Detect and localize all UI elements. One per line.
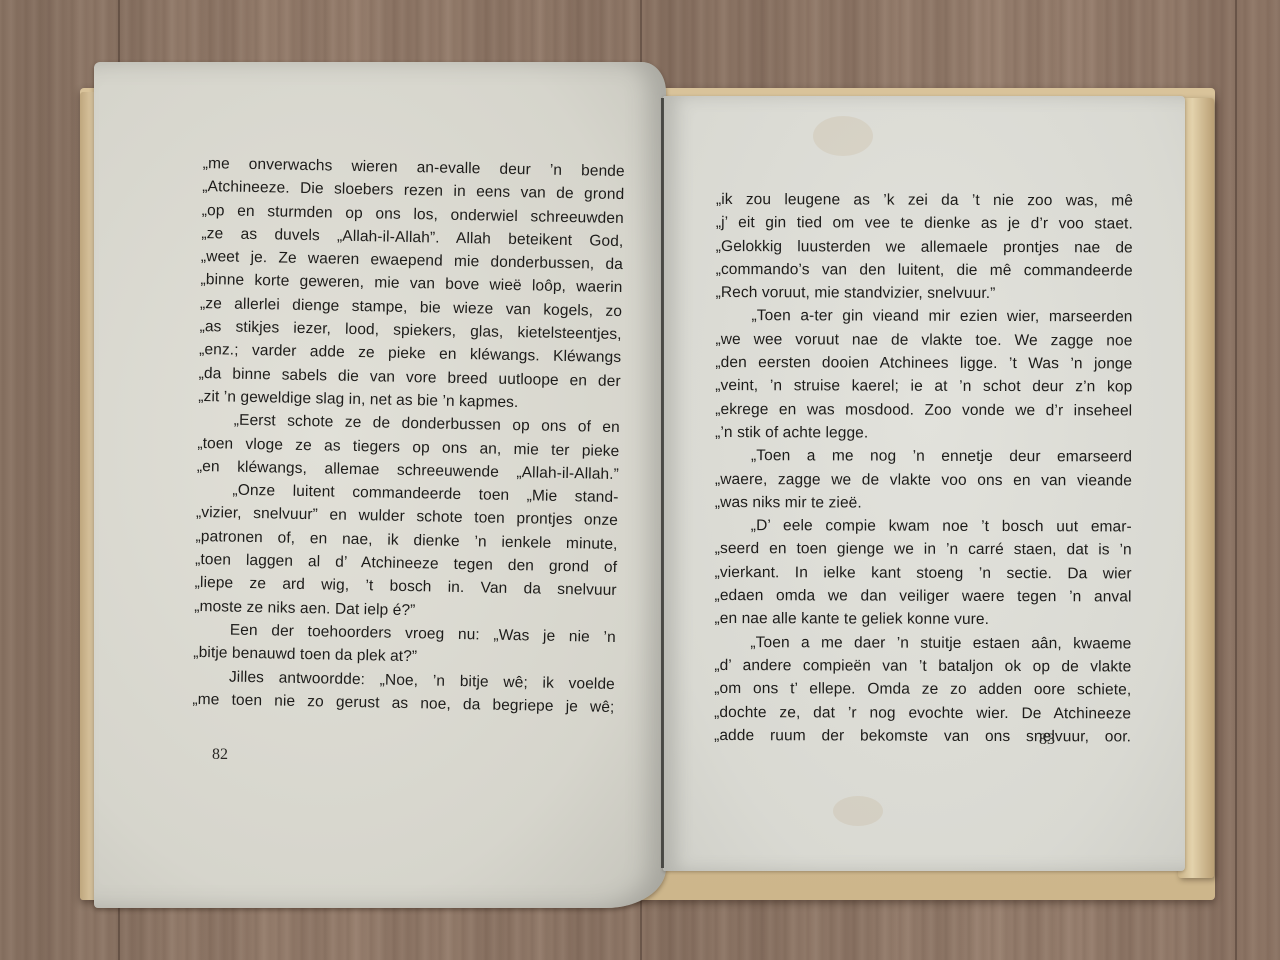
text-line: „edaen omda we dan veiliger waere tegen …: [715, 584, 1132, 609]
wood-seam: [1235, 0, 1237, 960]
left-page-number: 82: [212, 746, 228, 764]
text-line: „we wee voruut nae de vlakte toe. We zag…: [715, 328, 1132, 353]
text-line: „’n stik of achte legge.: [715, 421, 1132, 446]
text-line: „was niks mir te zieë.: [715, 491, 1132, 516]
left-page: „me onverwachs wieren an-evalle deur ’n …: [94, 62, 666, 908]
paper-stain: [813, 116, 873, 156]
text-line: „ekrege en was mosdood. Zoo vonde we d’r…: [715, 398, 1132, 423]
right-page-text: „ik zou leugene as ’k zei da ’t nie zoo …: [714, 188, 1133, 749]
text-line: „waere, zagge we de vlakte voo ons en va…: [715, 468, 1132, 493]
text-line: „j’ eit gin tied om vee te dienke as je …: [716, 211, 1133, 236]
text-line: „om ons t’ ellepe. Omda ze zo adden oore…: [714, 677, 1131, 702]
paper-stain: [833, 796, 883, 826]
text-line: „seerd en toen gienge we in ’n carré sta…: [715, 537, 1132, 562]
text-line: „dochte ze, dat ’r nog evochte wier. De …: [714, 701, 1131, 726]
text-line: „Toen a-ter gin vieand mir ezien wier, m…: [716, 304, 1133, 329]
book-gutter: [661, 98, 664, 868]
text-line: „den eersten dooien Atchinees ligge. ’t …: [715, 351, 1132, 376]
right-page: „ik zou leugene as ’k zei da ’t nie zoo …: [663, 96, 1185, 871]
left-page-text: „me onverwachs wieren an-evalle deur ’n …: [192, 152, 625, 719]
text-line: „Toen a me daer ’n stuitje estaen aân, k…: [714, 631, 1131, 656]
text-line: „Gelokkig luusterden we allemaele prontj…: [716, 235, 1133, 260]
text-line: „d’ andere compieën van ’t bataljon ok o…: [714, 654, 1131, 679]
text-line: „commando’s van den luitent, die mê comm…: [716, 258, 1133, 283]
text-line: „adde ruum der bekomste van ons snelvuur…: [714, 724, 1131, 749]
text-line: „veint, ’n struise kaerel; ie at ’n scho…: [715, 374, 1132, 399]
text-line: „Toen a me nog ’n ennetje deur emarseerd: [715, 444, 1132, 469]
text-line: „D’ eele compie kwam noe ’t bosch uut em…: [715, 514, 1132, 539]
text-line: „ik zou leugene as ’k zei da ’t nie zoo …: [716, 188, 1133, 213]
text-line: „en nae alle kante te geliek konne vure.: [714, 607, 1131, 632]
right-page-number: 83: [1039, 731, 1055, 749]
text-line: „Rech voruut, mie standvizier, snelvuur.…: [716, 281, 1133, 306]
text-line: „vierkant. In ielke kant stoeng ’n secti…: [715, 561, 1132, 586]
